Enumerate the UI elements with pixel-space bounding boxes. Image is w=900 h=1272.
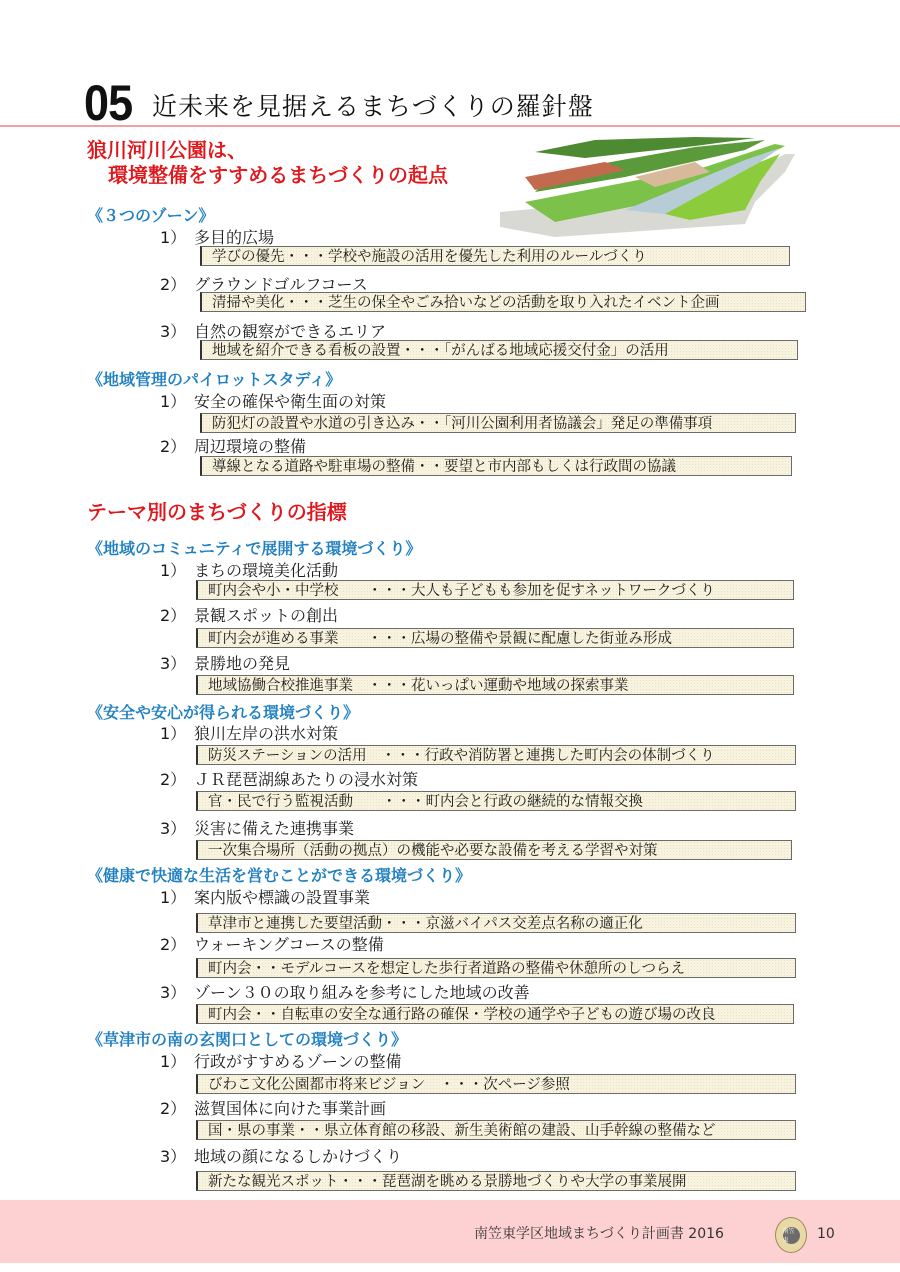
- theme-item: 2）滋賀国体に向けた事業計画: [160, 1099, 386, 1119]
- theme-detail: 町内会・・モデルコースを想定した歩行者道路の整備や休憩所のしつらえ: [196, 958, 796, 978]
- intro-heading-line1: 狼川河川公園は、: [87, 138, 247, 162]
- item-title: 行政がすすめるゾーンの整備: [194, 1052, 402, 1071]
- item-number: 2）: [160, 1099, 194, 1119]
- title-divider: [0, 125, 900, 127]
- item-title: 地域の顔になるしかけづくり: [194, 1147, 402, 1166]
- theme-item: 2）ウォーキングコースの整備: [160, 935, 384, 955]
- theme-item: 1）狼川左岸の洪水対策: [160, 724, 338, 744]
- item-number: 2）: [160, 275, 194, 295]
- zones-heading: 《３つのゾーン》: [87, 206, 214, 226]
- item-number: 3）: [160, 1147, 194, 1167]
- theme-item: 1）まちの環境美化活動: [160, 561, 338, 581]
- item-title: 景観スポットの創出: [194, 606, 338, 625]
- theme-detail: 草津市と連携した要望活動・・・京滋バイパス交差点名称の適正化: [196, 913, 796, 933]
- item-title: 災害に備えた連携事業: [194, 819, 354, 838]
- chapter-title: 近未来を見据えるまちづくりの羅針盤: [152, 92, 594, 122]
- pilot-detail-2: 導線となる道路や駐車場の整備・・要望と市内部もしくは行政間の協議: [200, 456, 792, 476]
- zone-detail-2: 清掃や美化・・・芝生の保全やごみ拾いなどの活動を取り入れたイベント企画: [200, 292, 806, 312]
- item-title: 安全の確保や衛生面の対策: [194, 392, 386, 411]
- theme-detail: 町内会や小・中学校 ・・・大人も子どもも参加を促すネットワークづくり: [196, 580, 794, 600]
- item-title: 案内版や標識の設置事業: [194, 888, 370, 907]
- item-title: 景勝地の発見: [194, 654, 290, 673]
- theme-group-heading-community: 《地域のコミュニティで展開する環境づくり》: [87, 539, 421, 559]
- document-title: 南笠東学区地域まちづくり計画書 2016: [474, 1225, 724, 1243]
- theme-group-heading-safety: 《安全や安心が得られる環境づくり》: [87, 703, 359, 723]
- pilot-item-2: 2）周辺環境の整備: [160, 437, 306, 457]
- item-number: 1）: [160, 888, 194, 908]
- item-number: 1）: [160, 1052, 194, 1072]
- theme-detail: びわこ文化公園都市将来ビジョン ・・・次ページ参照: [196, 1074, 796, 1094]
- zone-detail-1: 学びの優先・・・学校や施設の活用を優先した利用のルールづくり: [200, 246, 790, 266]
- theme-detail: 地域協働合校推進事業 ・・・花いっぱい運動や地域の探索事業: [196, 675, 794, 695]
- theme-group-heading-gateway: 《草津市の南の玄関口としての環境づくり》: [87, 1030, 407, 1050]
- theme-detail: 防災ステーションの活用 ・・・行政や消防署と連携した町内会の体制づくり: [196, 745, 796, 765]
- item-number: 2）: [160, 770, 194, 790]
- emblem-label: 南笠東: [783, 1227, 800, 1244]
- item-number: 1）: [160, 724, 194, 744]
- theme-item: 3）ゾーン３０の取り組みを参考にした地域の改善: [160, 983, 530, 1003]
- theme-detail: 一次集合場所（活動の拠点）の機能や必要な設備を考える学習や対策: [196, 840, 792, 860]
- theme-item: 1）行政がすすめるゾーンの整備: [160, 1052, 402, 1072]
- intro-heading-line2: 環境整備をすすめるまちづくりの起点: [108, 163, 448, 187]
- theme-item: 2）景観スポットの創出: [160, 606, 338, 626]
- theme-item: 3）地域の顔になるしかけづくり: [160, 1147, 402, 1167]
- item-title: ゾーン３０の取り組みを参考にした地域の改善: [194, 983, 530, 1002]
- page-number: 10: [817, 1225, 835, 1243]
- zone-item-1: 1）多目的広場: [160, 228, 274, 248]
- pilot-detail-1: 防犯灯の設置や水道の引き込み・・「河川公園利用者協議会」発足の準備事項: [200, 413, 796, 433]
- item-title: 狼川左岸の洪水対策: [194, 724, 338, 743]
- item-number: 2）: [160, 606, 194, 626]
- theme-item: 2）ＪＲ琵琶湖線あたりの浸水対策: [160, 770, 418, 790]
- theme-group-heading-health: 《健康で快適な生活を営むことができる環境づくり》: [87, 866, 471, 886]
- theme-detail: 町内会・・自転車の安全な通行路の確保・学校の通学や子どもの遊び場の改良: [196, 1004, 794, 1024]
- theme-item: 3）災害に備えた連携事業: [160, 819, 354, 839]
- item-title: 周辺環境の整備: [194, 437, 306, 456]
- item-number: 1）: [160, 561, 194, 581]
- item-title: 滋賀国体に向けた事業計画: [194, 1099, 386, 1118]
- item-number: 3）: [160, 322, 194, 342]
- pilot-heading: 《地域管理のパイロットスタディ》: [87, 370, 341, 390]
- item-number: 1）: [160, 392, 194, 412]
- pilot-item-1: 1）安全の確保や衛生面の対策: [160, 392, 386, 412]
- district-emblem-icon: 南笠東: [775, 1217, 807, 1253]
- theme-detail: 町内会が進める事業 ・・・広場の整備や景観に配慮した街並み形成: [196, 628, 794, 648]
- item-number: 2）: [160, 437, 194, 457]
- item-number: 2）: [160, 935, 194, 955]
- theme-detail: 官・民で行う監視活動 ・・・町内会と行政の継続的な情報交換: [196, 791, 796, 811]
- theme-item: 3）景勝地の発見: [160, 654, 290, 674]
- theme-item: 1）案内版や標識の設置事業: [160, 888, 370, 908]
- theme-detail: 新たな観光スポット・・・琵琶湖を眺める景勝地づくりや大学の事業展開: [196, 1171, 796, 1191]
- themes-heading: テーマ別のまちづくりの指標: [87, 500, 347, 524]
- chapter-number: 05: [84, 78, 132, 128]
- item-number: 1）: [160, 228, 194, 248]
- item-title: まちの環境美化活動: [194, 561, 338, 580]
- river-park-illustration: [495, 132, 795, 237]
- item-title: ＪＲ琵琶湖線あたりの浸水対策: [194, 770, 418, 789]
- theme-detail: 国・県の事業・・県立体育館の移設、新生美術館の建設、山手幹線の整備など: [196, 1120, 796, 1140]
- item-title: ウォーキングコースの整備: [194, 935, 384, 954]
- footer-band: [0, 1200, 900, 1263]
- zone-item-3: 3）自然の観察ができるエリア: [160, 322, 386, 342]
- item-number: 3）: [160, 983, 194, 1003]
- zone-detail-3: 地域を紹介できる看板の設置・・・「がんばる地域応援交付金」の活用: [200, 340, 798, 360]
- item-title: 多目的広場: [194, 228, 274, 247]
- item-title: 自然の観察ができるエリア: [194, 322, 386, 341]
- item-number: 3）: [160, 654, 194, 674]
- item-number: 3）: [160, 819, 194, 839]
